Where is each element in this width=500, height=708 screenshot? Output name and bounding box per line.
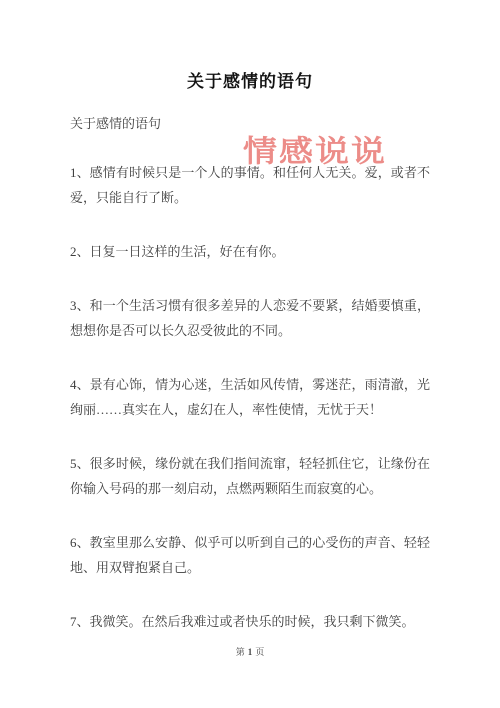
- document-page: 关于感情的语句 关于感情的语句 情感说说 1、感情有时候只是一个人的事情。和任何…: [0, 0, 500, 708]
- page-number-prefix: 第: [236, 647, 245, 657]
- paragraph-1: 1、感情有时候只是一个人的事情。和任何人无关。爱，或者不爱，只能自行了断。: [70, 160, 430, 210]
- paragraph-7: 7、我微笑。在然后我难过或者快乐的时候，我只剩下微笑。: [70, 609, 430, 634]
- page-number-footer: 第1页: [0, 646, 500, 658]
- paragraph-6: 6、教室里那么安静、似乎可以听到自己的心受伤的声音、轻轻地、用双臂抱紧自己。: [70, 530, 430, 580]
- paragraph-list: 1、感情有时候只是一个人的事情。和任何人无关。爱，或者不爱，只能自行了断。 2、…: [70, 160, 430, 663]
- paragraph-5: 5、很多时候，缘份就在我们指间流窜，轻轻抓住它，让缘份在你输入号码的那一刻启动，…: [70, 451, 430, 501]
- page-number-suffix: 页: [255, 647, 264, 657]
- subtitle: 关于感情的语句: [70, 115, 161, 133]
- paragraph-4: 4、景有心饰，情为心迷，生活如风传情，雾迷茫，雨清澈，光绚丽……真实在人，虚幻在…: [70, 372, 430, 422]
- paragraph-2: 2、日复一日这样的生活，好在有你。: [70, 239, 430, 264]
- page-title: 关于感情的语句: [0, 70, 500, 94]
- page-number-value: 1: [248, 647, 253, 657]
- paragraph-3: 3、和一个生活习惯有很多差异的人恋爱不要紧，结婚要慎重，想想你是否可以长久忍受彼…: [70, 293, 430, 343]
